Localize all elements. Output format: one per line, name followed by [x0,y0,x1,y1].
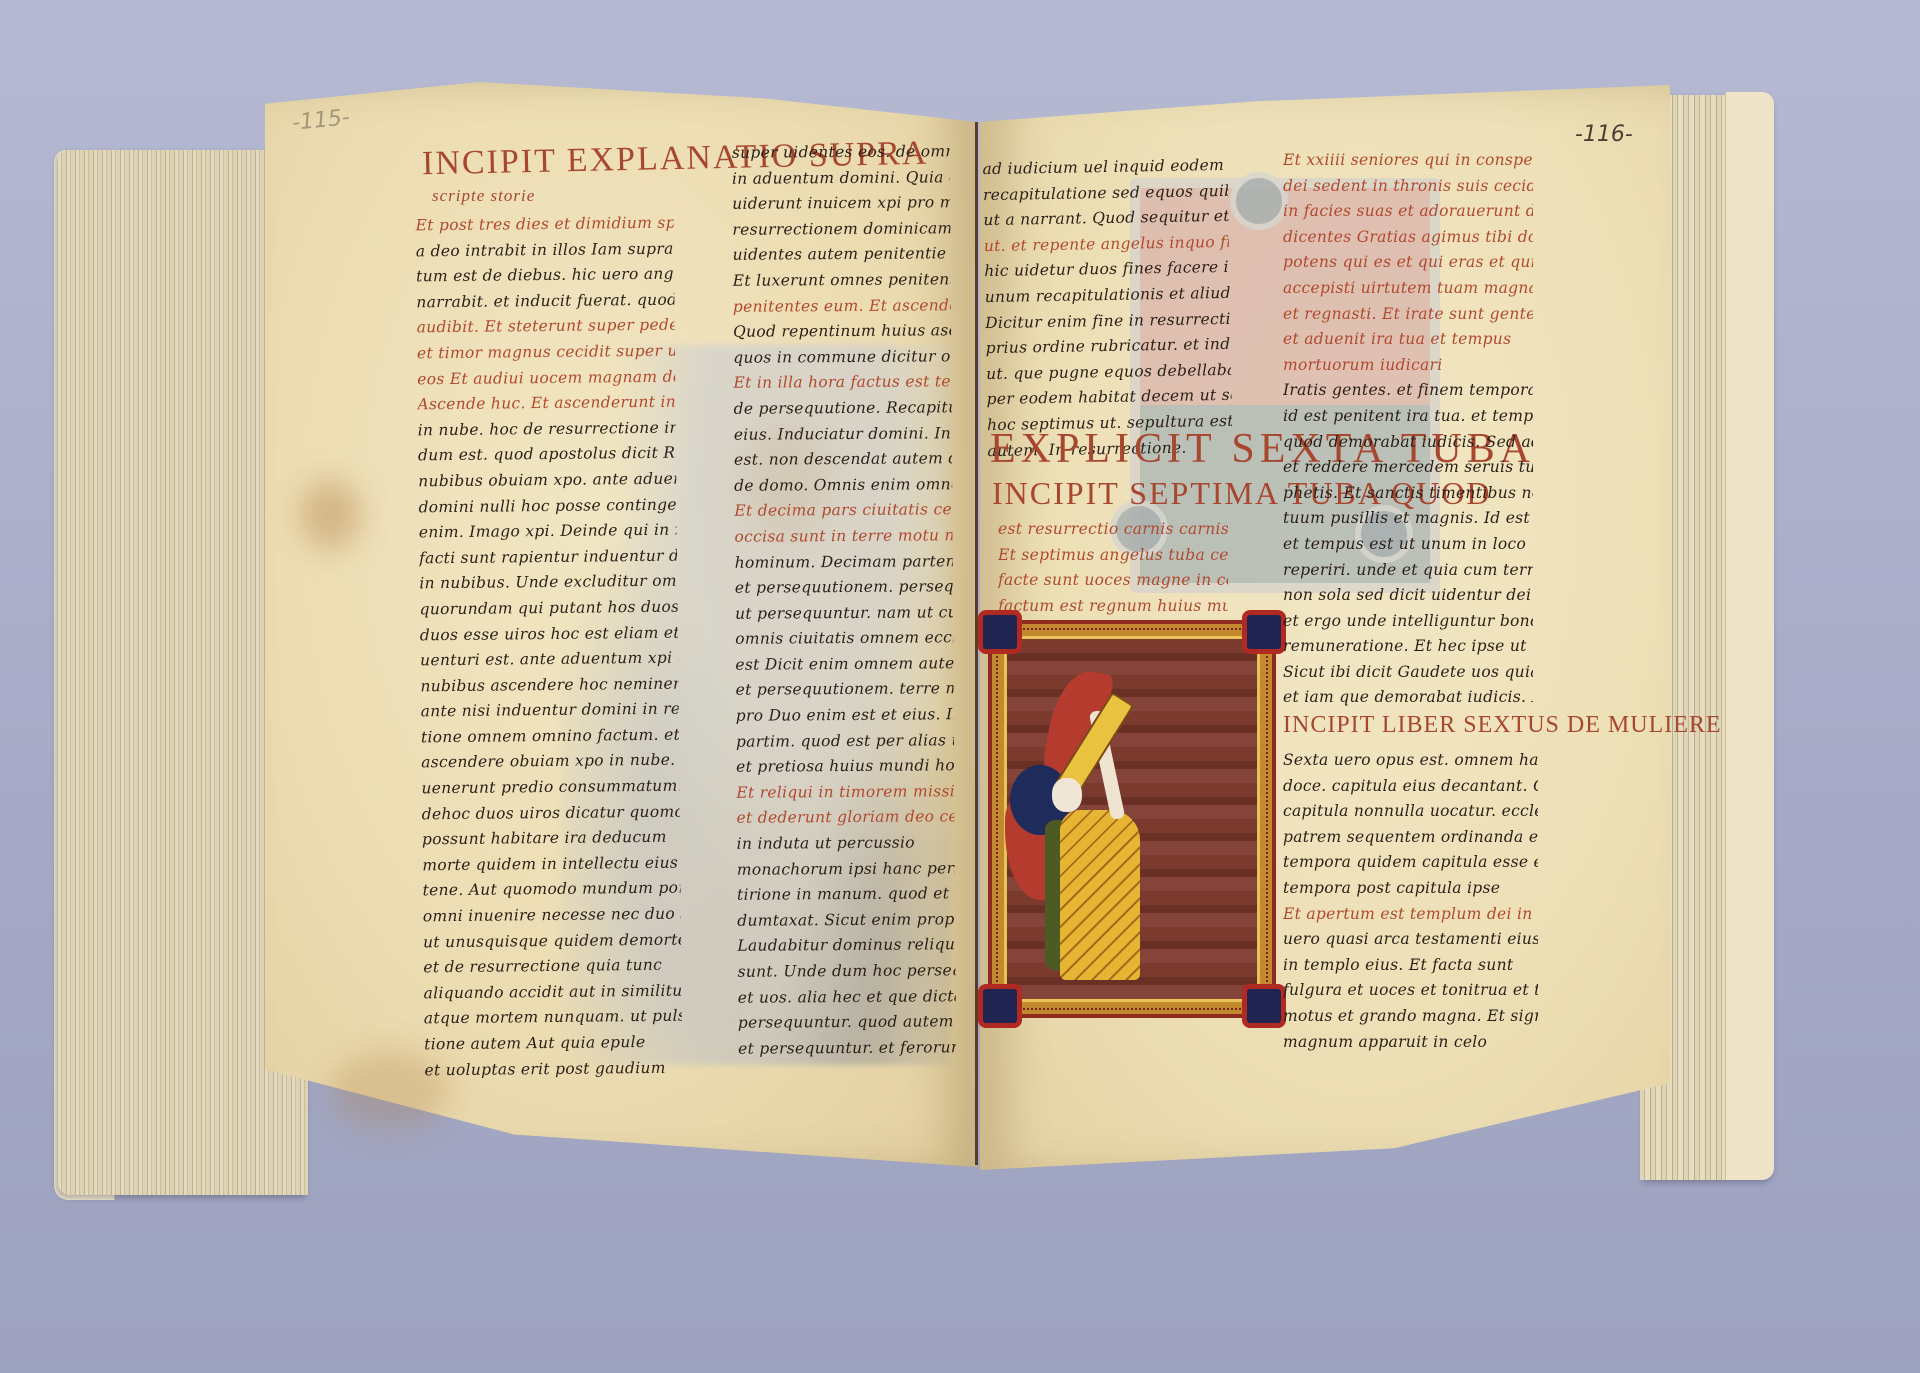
text-line: enim. Imago xpi. Deinde qui in xpi s [419,518,677,546]
text-line: uenturi est. ante aduentum xpi celum in [420,646,678,674]
text-line: in nube. hoc de resurrectione intellegen… [418,415,676,443]
right-page-column-2: Et xxiiii seniores qui in conspectu dei … [1283,148,1533,718]
text-line: potens qui es et qui eras et quia [1283,250,1533,276]
text-line: eius. Induciatur domini. In illa enim qu… [734,421,952,448]
text-line: sunt. Unde dum hoc persequentes [737,958,955,985]
text-line: Et post tres dies et dimidium spiritus u… [415,211,673,239]
text-line: penitentes eum. Et ascenderunt in celum [733,293,951,320]
text-line: Sexta uero opus est. omnem hanc perseuer… [1283,748,1538,774]
text-line: nubibus ascendere hoc neminem posse fier… [420,671,678,699]
text-line: est resurrectio carnis carnis [998,517,1228,543]
text-line: Et apertum est templum dei in celo. [1283,902,1538,928]
text-line: Sicut ibi dicit Gaudete uos quia [1283,660,1533,686]
text-line: factum est regnum huius mundi domini nos… [998,594,1228,620]
right-page-column-2-lower: Sexta uero opus est. omnem hanc perseuer… [1283,748,1538,1058]
text-line: Et reliqui in timorem missi sunt [736,779,954,806]
text-line: Ascende huc. Et ascenderunt in celum [417,390,675,418]
text-line: hominum. Decimam partem [735,549,953,576]
text-line: omni inuenire necesse nec duo sunt [423,902,681,930]
text-line: tirione in manum. quod et hoc [737,881,955,908]
text-line: dehoc duos uiros dicatur quomodo [422,799,680,827]
text-line: tione omnem omnino factum. et tot [421,723,679,751]
text-line: et uos. alia hec et que dicta [738,984,956,1011]
text-line: Quod repentinum huius ascensionis [733,318,951,345]
text-line: magnum apparuit in celo [1283,1030,1538,1056]
text-line: uenerunt predio consummatum. Quod si [421,774,679,802]
text-line: Et xxiiii seniores qui in conspectu [1283,148,1533,174]
text-line: resurrectionem dominicam. quod [732,216,950,243]
text-line: dum est. quod apostolus dicit Rapiemur i… [418,441,676,469]
text-line: occisa sunt in terre motu nomina [734,523,952,550]
text-line: prius ordine rubricatur. et inducit aliu… [985,332,1230,362]
text-line: Et luxerunt omnes penitentie [733,267,951,294]
text-line: fulgura et uoces et tonitrua et terre [1283,978,1538,1004]
text-line: in facies suas et adorauerunt deum [1283,199,1533,225]
text-line: tuum pusillis et magnis. Id est corrupti [1283,506,1533,532]
text-line: narrabit. et inducit fuerat. quod fuerat [416,287,674,315]
text-line: non sola sed dicit uidentur dei [1283,583,1533,609]
knot-corner-icon [1242,984,1286,1028]
text-line: et timor magnus cecidit super uidentes [417,339,675,367]
text-line: de persequutione. Recapitulatio est. eni… [734,395,952,422]
right-page-column-1-top: ad iudicium uel inquid eodem habita non … [982,153,1232,467]
text-line: uiderunt inuicem xpi pro mortuis [732,190,950,217]
text-line: est Dicit enim omnem autem [735,651,953,678]
text-line: et persequutionem. terre motum [735,677,953,704]
text-line: facte sunt uoces magne in celo dicentes [998,568,1228,594]
angel-face [1052,778,1082,812]
text-line: capitula nonnulla uocatur. ecclesiarum [1283,799,1538,825]
text-line: et ergo unde intelliguntur bonorum [1283,609,1533,635]
text-line: tene. Aut quomodo mundum ponere [422,876,680,904]
right-page-number: -116- [1575,122,1633,147]
text-line: ut unusquisque quidem demorte eorum [423,927,681,955]
text-line: morte quidem in intellectu eius mortem [422,850,680,878]
text-line: pro Duo enim est et eius. In illa [736,702,954,729]
text-line: unum recapitulationis et aliud ordinis [985,281,1230,311]
text-line: omnis ciuitatis omnem ecclesiam [735,626,953,653]
text-line: eos Et audiui uocem magnam de celo [417,364,675,392]
text-line: et tempus est ut unum in loco [1283,532,1533,558]
interlace-knot [1230,172,1288,230]
text-line: et persequutionem. persequuntur Quod non… [735,574,953,601]
text-line: ut persequuntur. nam ut cum ciuitas [735,600,953,627]
rubric-incipit-liber-sextus: INCIPIT LIBER SEXTUS DE MULIERE [1283,712,1722,739]
knot-corner-icon [978,984,1022,1028]
angel-robe [1060,810,1140,980]
text-line: Laudabitur dominus reliqui persequentes [737,933,955,960]
text-line: domini nulli hoc posse contingere. Scrib… [418,492,676,520]
text-line: nubibus obuiam xpo. ante aduentum autem [418,467,676,495]
text-line: audibit. Et steterunt super pedes suos [417,313,675,341]
text-line: de domo. Omnis enim omne tempus [734,472,952,499]
text-line: et uoluptas erit post gaudium [424,1055,682,1083]
text-line: tempora quidem capitula esse est [1283,850,1538,876]
foxing-stain [300,480,360,550]
text-line: doce. capitula eius decantant. Que [1283,774,1538,800]
text-line: reperiri. unde et quia cum terrena est s… [1283,558,1533,584]
text-line: et persequuntur. et ferorum omnium [738,1035,956,1062]
text-line: et iam que demorabat iudicis. Et dicit [1283,685,1533,711]
text-line: et aduenit ira tua et tempus [1283,327,1533,353]
text-line: quorundam qui putant hos duos esse [419,595,677,623]
text-line: in induta ut percussio [737,830,955,857]
text-line: quod demorabat iudicis. Sed adueniet [1283,430,1533,456]
text-line: dicentes Gratias agimus tibi domine deus… [1283,225,1533,251]
text-line: patrem sequentem ordinanda est [1283,825,1538,851]
text-line: et pretiosa huius mundi hoc dicit [736,753,954,780]
text-line: Iratis gentes. et finem tempora. et gent… [1283,378,1533,404]
text-line: dei sedent in thronis suis ceciderunt [1283,174,1533,200]
text-line: super uidentes eos. de omnibus uerum [732,139,950,166]
text-line: Et septimus angelus tuba cecinit et [998,543,1228,569]
left-heading-subtitle: scripte storie [432,186,535,206]
text-line: facti sunt rapientur induentur duo [419,543,677,571]
text-line: motus et grando magna. Et signum [1283,1004,1538,1030]
text-line: ut a narrant. Quod sequitur et quarum [983,204,1228,234]
text-line: aliquando accidit aut in similitudine [423,978,681,1006]
knot-corner-icon [978,610,1022,654]
text-line: accepisti uirtutem tuam magnam [1283,276,1533,302]
text-line: in nubibus. Unde excluditur omnis suspic… [419,569,677,597]
text-line: tione autem Aut quia epule [424,1030,682,1058]
text-line: et regnasti. Et irate sunt gentes [1283,302,1533,328]
text-line: Et decima pars ciuitatis cecidit. Et [734,498,952,525]
text-line: est. non descendat autem de quo [734,446,952,473]
text-line: atque mortem nunquam. ut pulsa [424,1004,682,1032]
text-line: tum est de diebus. hic uero angelus fuer… [416,262,674,290]
text-line: monachorum ipsi hanc persecutionem [737,856,955,883]
text-line: partim. quod est per alias ut [736,728,954,755]
text-line: in templo eius. Et facta sunt [1283,953,1538,979]
text-line: et reddere mercedem seruis tuis pro [1283,455,1533,481]
text-line: a deo intrabit in illos Iam supra dic- [416,236,674,264]
text-line: et dederunt gloriam deo celi [736,805,954,832]
text-line: duos esse uiros hoc est eliam et qui cum… [420,620,678,648]
right-cover-edge [1725,92,1774,1180]
text-line: Et in illa hora factus est terre motus m… [733,370,951,397]
text-line: persequuntur. quod autem dicitur [738,1009,956,1036]
text-line: possunt habitare ira deducum [422,825,680,853]
knot-corner-icon [1242,610,1286,654]
text-line: mortuorum iudicari [1283,353,1533,379]
text-line: dumtaxat. Sicut enim propter est [737,907,955,934]
text-line: quos in commune dicitur omnium. [733,344,951,371]
left-page-column-2: super uidentes eos. de omnibus uerum in … [732,139,957,1075]
text-line: ante nisi induentur domini in resurrec- [421,697,679,725]
text-line: phetis. Et sanctis timentibus nomen [1283,481,1533,507]
left-page-column-1: Et post tres dies et dimidium spiritus u… [415,211,682,1084]
text-line: et de resurrectione quia tunc [423,953,681,981]
text-line: ascendere obuiam xpo in nube. qui presen… [421,748,679,776]
text-line: uidentes autem penitentie [732,242,950,269]
text-line: remuneratione. Et hec ipse ut mulieres [1283,634,1533,660]
text-line: in aduentum domini. Quia et uerum quo [732,165,950,192]
text-line: uero quasi arca testamenti eius [1283,927,1538,953]
text-line: id est penitent ira tua. et tempus [1283,404,1533,430]
text-line: ad iudicium uel inquid eodem habita non [982,153,1227,183]
text-line: tempora post capitula ipse [1283,876,1538,902]
